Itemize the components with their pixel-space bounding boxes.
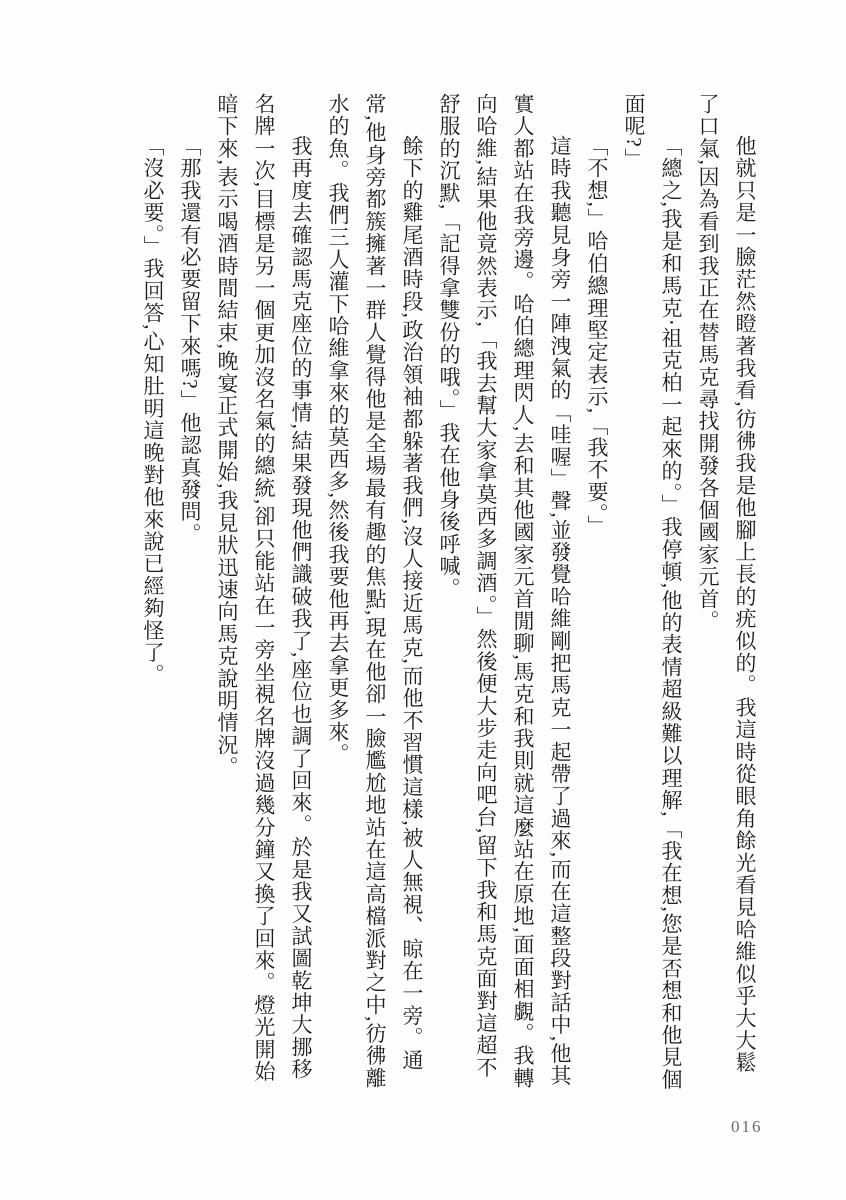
paragraph-8: 「沒必要。」我回答,心知肚明這晚對他來說已經夠怪了。 <box>134 93 171 1093</box>
vertical-text-block: 他就只是一臉茫然瞪著我看,彷彿我是他腳上長的疣似的。我這時從眼角餘光看見哈維似乎… <box>134 93 763 1093</box>
paragraph-1: 他就只是一臉茫然瞪著我看,彷彿我是他腳上長的疣似的。我這時從眼角餘光看見哈維似乎… <box>689 93 763 1093</box>
paragraph-4: 這時我聽見身旁一陣洩氣的「哇喔」聲,並發覺哈維剛把馬克一起帶了過來,而在這整段對… <box>430 93 578 1093</box>
book-page: 他就只是一臉茫然瞪著我看,彷彿我是他腳上長的疣似的。我這時從眼角餘光看見哈維似乎… <box>0 0 846 1200</box>
paragraph-6: 我再度去確認馬克座位的事情,結果發現他們識破我了,座位也調了回來。於是我又試圖乾… <box>208 93 319 1093</box>
page-number: 016 <box>731 1117 763 1137</box>
paragraph-2: 「總之,我是和馬克‧祖克柏一起來的。」我停頓,他的表情超級難以理解,「我在想,您… <box>615 93 689 1093</box>
paragraph-7: 「那我還有必要留下來嗎?」他認真發問。 <box>171 93 208 1093</box>
paragraph-5: 餘下的雞尾酒時段,政治領袖都躲著我們,沒人接近馬克,而他不習慣這樣,被人無視、晾… <box>319 93 430 1093</box>
paragraph-3: 「不想,」哈伯總理堅定表示,「我不要。」 <box>578 93 615 1093</box>
